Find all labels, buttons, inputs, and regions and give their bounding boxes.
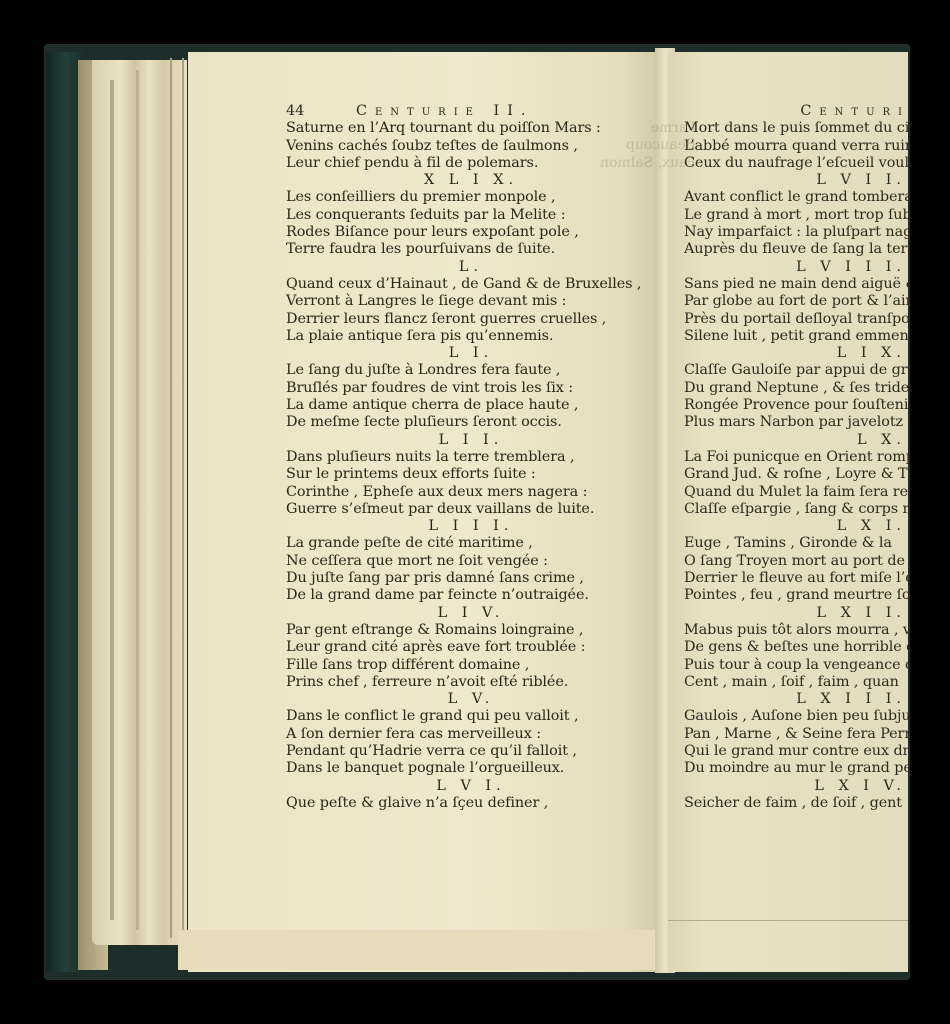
quatrain-number: L X. <box>684 432 910 449</box>
verse-line: De meſme ſecte pluſieurs ſeront occis. <box>286 414 656 431</box>
verse-line: Mabus puis tôt alors mourra , vi <box>684 622 910 639</box>
verse-line: Silene luit , petit grand emmene <box>684 328 910 345</box>
right-page-text: Centuri Mort dans le puis ſommet du cie … <box>684 103 910 812</box>
verse-line: Guerre s’eſmeut par deux vaillans de lui… <box>286 501 656 518</box>
verse-line: Seicher de faim , de ſoif , gent <box>684 795 910 812</box>
verse-line: O ſang Troyen mort au port de <box>684 553 910 570</box>
verse-line: Du moindre au mur le grand pe <box>684 760 910 777</box>
quatrain-number: L X I V. <box>684 778 910 795</box>
verse-line: Verront à Langres le ſiege devant mis : <box>286 293 656 310</box>
verse-line: Claſſe Gauloiſe par appui de gra <box>684 362 910 379</box>
quatrain-number: L I. <box>286 345 656 362</box>
verse-line: Rodes Biſance pour leurs expoſant pole , <box>286 224 656 241</box>
verse-line: Derrier leurs flancz ſeront guerres crue… <box>286 311 656 328</box>
quatrain-number: L I X. <box>684 345 910 362</box>
verse-line: Pointes , feu , grand meurtre ſo <box>684 587 910 604</box>
verse-line: La Foi punicque en Orient romp <box>684 449 910 466</box>
verse-line: Par gent eſtrange & Romains loingraine , <box>286 622 656 639</box>
verse-line: Dans le banquet pognale l’orgueilleux. <box>286 760 656 777</box>
verse-line: Leur chief pendu à fil de polemars. <box>286 155 656 172</box>
verse-line: La plaie antique ſera pis qu’ennemis. <box>286 328 656 345</box>
verse-line: Mort dans le puis ſommet du cie <box>684 120 910 137</box>
right-page-deckle-edge <box>668 920 908 921</box>
verse-line: Venins cachés ſoubz teſtes de ſaulmons , <box>286 138 656 155</box>
torn-page-stubs <box>92 60 187 945</box>
binding-fold-line <box>170 58 172 938</box>
quatrain-number: L V. <box>286 691 656 708</box>
quatrain-number: L I V. <box>286 605 656 622</box>
verse-line: Près du portail deſloyal tranſport <box>684 311 910 328</box>
verse-line: Grand Jud. & roſne , Loyre & T <box>684 466 910 483</box>
verse-line: Claſſe eſpargie , ſang & corps na <box>684 501 910 518</box>
quatrain-number: L I I. <box>286 432 656 449</box>
running-head: 44 Centurie II. <box>286 103 656 120</box>
verse-line: Du grand Neptune , & ſes tride <box>684 380 910 397</box>
verse-line: La dame antique cherra de place haute , <box>286 397 656 414</box>
left-page-bottom-edge <box>178 930 662 970</box>
verse-line: Sur le printems deux efforts ſuite : <box>286 466 656 483</box>
verse-line: Ceux du naufrage l’eſcueil voular <box>684 155 910 172</box>
verse-line: L’abbé mourra quand verra ruin <box>684 138 910 155</box>
verse-line: Que peſte & glaive n’a ſçeu definer , <box>286 795 656 812</box>
verse-line: Leur grand cité après eave fort troublée… <box>286 639 656 656</box>
verse-line: Puis tour à coup la vengeance o <box>684 657 910 674</box>
verse-line: Euge , Tamins , Gironde & la <box>684 535 910 552</box>
quatrain-number: L X I I I. <box>684 691 910 708</box>
quatrain-number: L I I I. <box>286 518 656 535</box>
verse-line: Cent , main , ſoif , faim , quan <box>684 674 910 691</box>
verse-line: Avant conflict le grand tombera <box>684 189 910 206</box>
verse-line: Dans pluſieurs nuits la terre tremblera … <box>286 449 656 466</box>
running-title: Centurie II. <box>356 103 533 120</box>
verse-line: Le grand à mort , mort trop ſub <box>684 207 910 224</box>
verse-line: Plus mars Narbon par javelotz & <box>684 414 910 431</box>
verse-line: Fille ſans trop différent domaine , <box>286 657 656 674</box>
verse-line: De gens & beſtes une horrible d <box>684 639 910 656</box>
verse-line: Les conquerants ſeduits par la Melite : <box>286 207 656 224</box>
quatrain-number: L X I. <box>684 518 910 535</box>
quatrain-number: L X I I. <box>684 605 910 622</box>
verse-line: Rongée Provence pour ſouſtenir <box>684 397 910 414</box>
verse-line: Le ſang du juſte à Londres fera faute , <box>286 362 656 379</box>
verse-line: A ſon dernier fera cas merveilleux : <box>286 726 656 743</box>
verse-line: Auprès du fleuve de ſang la terre <box>684 241 910 258</box>
verse-line: Par globe au fort de port & l’ain <box>684 293 910 310</box>
running-head: Centuri <box>684 103 910 120</box>
verse-line: Sans pied ne main dend aiguë & <box>684 276 910 293</box>
quatrain-number: L. <box>286 259 656 276</box>
verse-line: Corinthe , Epheſe aux deux mers nagera : <box>286 484 656 501</box>
running-title: Centuri <box>800 103 910 120</box>
verse-line: Ne ceſſera que mort ne ſoit vengée : <box>286 553 656 570</box>
quatrain-number: L V I I I. <box>684 259 910 276</box>
verse-line: Saturne en l’Arq tournant du poiſſon Mar… <box>286 120 656 137</box>
verse-line: Terre faudra les pourſuivans de ſuite. <box>286 241 656 258</box>
verse-line: Dans le conflict le grand qui peu valloi… <box>286 708 656 725</box>
verse-line: Nay imparfaict : la pluſpart nage <box>684 224 910 241</box>
verse-line: Quand ceux d’Hainaut , de Gand & de Brux… <box>286 276 656 293</box>
verse-line: Pendant qu’Hadrie verra ce qu’il falloit… <box>286 743 656 760</box>
verse-line: Quand du Mulet la faim ſera rep <box>684 484 910 501</box>
verse-line: Gaulois , Auſone bien peu ſubju <box>684 708 910 725</box>
left-page-text: 44 Centurie II. Saturne en l’Arq tournan… <box>286 103 656 812</box>
verse-line: De la grand dame par feincte n’outraigée… <box>286 587 656 604</box>
verse-line: Qui le grand mur contre eux dr <box>684 743 910 760</box>
verse-line: Du juſte ſang par pris damné ſans crime … <box>286 570 656 587</box>
verse-line: Bruſlés par foudres de vint trois les ſi… <box>286 380 656 397</box>
verse-line: Les conſeilliers du premier monpole , <box>286 189 656 206</box>
quatrain-number: L V I I. <box>684 172 910 189</box>
binding-fold-line <box>182 58 184 938</box>
verse-line: Derrier le fleuve au fort miſe l’e <box>684 570 910 587</box>
verse-line: Prins chef , ferreure n’avoit eſté riblé… <box>286 674 656 691</box>
verse-line: Pan , Marne , & Seine fera Perr <box>684 726 910 743</box>
verse-line: La grande peſte de cité maritime , <box>286 535 656 552</box>
quatrain-number: L V I. <box>286 778 656 795</box>
quatrain-number: X L I X. <box>286 172 656 189</box>
page-number: 44 <box>286 103 356 120</box>
